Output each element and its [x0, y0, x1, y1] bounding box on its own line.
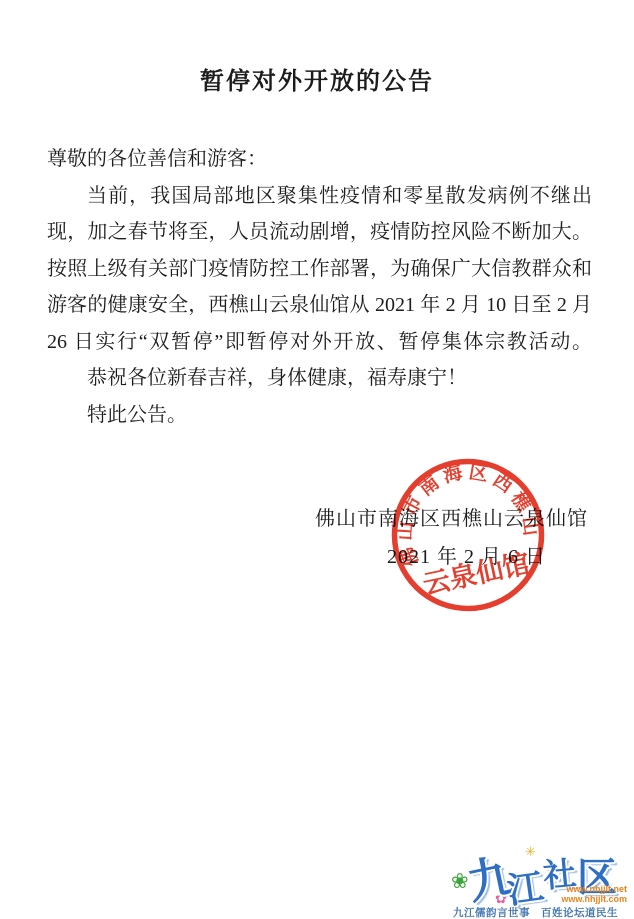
body-line: 现，加之春节将至，人员流动剧增，疫情防控风险不断加大。: [47, 219, 592, 246]
salutation-line: 尊敬的各位善信和游客：: [47, 146, 592, 173]
logo-urls: www.nhjjlt.net www.nhjjlt.com: [561, 884, 627, 904]
community-watermark-logo: ❀ ✿ ✳ 九 江 社 区 www.nhjjlt.net www.nhjjlt.…: [451, 843, 633, 917]
yellow-flower-icon: ✳: [525, 845, 536, 858]
body-line: 恭祝各位新春吉祥，身体健康，福寿康宁！: [47, 365, 592, 392]
body-line: 游客的健康安全，西樵山云泉仙馆从 2021 年 2 月 10 日至 2 月: [47, 292, 592, 319]
body-line: 特此公告。: [47, 402, 592, 429]
body-line: 26 日实行“双暂停”即暂停对外开放、暂停集体宗教活动。: [47, 329, 592, 356]
logo-url-com: www.nhjjlt.com: [561, 894, 627, 904]
body-line: 当前，我国局部地区聚集性疫情和零星散发病例不继出: [47, 183, 592, 210]
signature-name: 佛山市南海区西樵山云泉仙馆: [315, 502, 588, 531]
seal-ring: [389, 456, 547, 614]
notice-title: 暂停对外开放的公告: [0, 61, 634, 96]
signature-date: 2021 年 2 月 6 日: [387, 540, 546, 569]
official-seal-stamp: 佛山市南海区西樵山 云泉仙馆: [389, 456, 547, 614]
logo-tagline: 九江儒韵言世事 百姓论坛道民生: [453, 905, 634, 919]
notice-document: 暂停对外开放的公告 尊敬的各位善信和游客： 当前，我国局部地区聚集性疫情和零星散…: [0, 0, 634, 919]
logo-url-net: www.nhjjlt.net: [561, 884, 627, 894]
body-line: 按照上级有关部门疫情防控工作部署，为确保广大信教群众和: [47, 256, 592, 283]
